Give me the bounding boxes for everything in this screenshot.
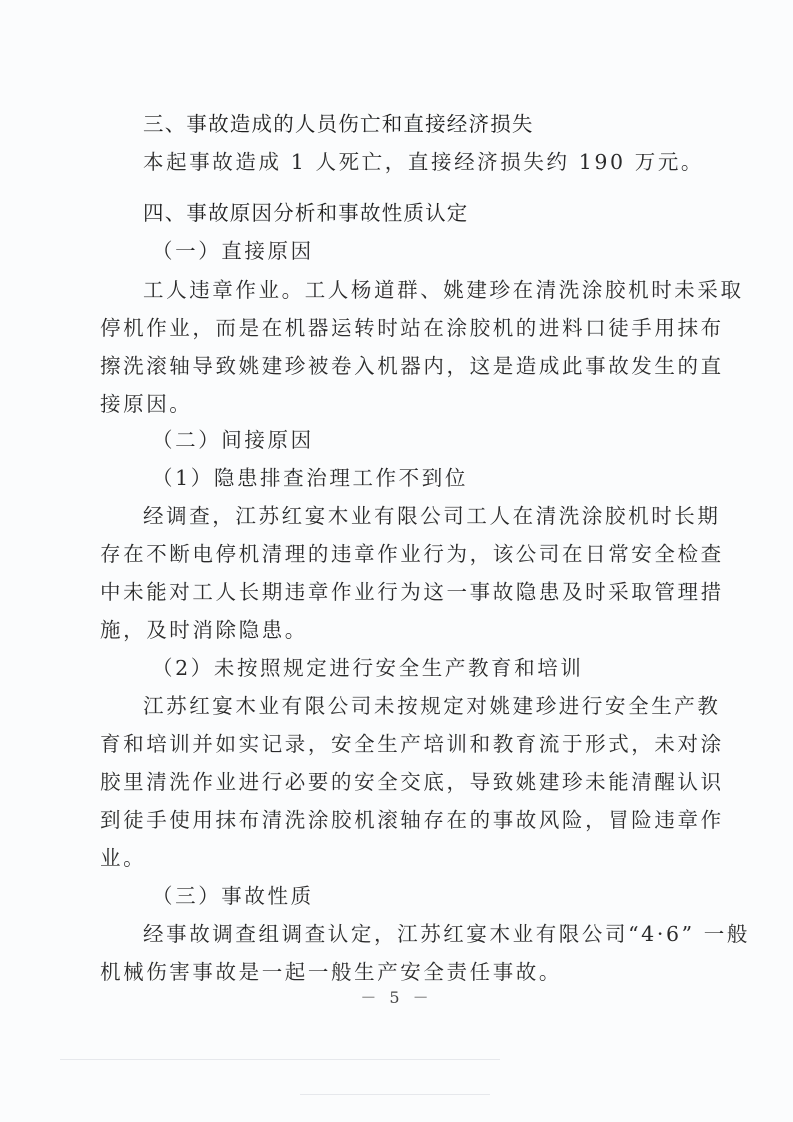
paragraph-line: 停机作业，而是在机器运转时站在涂胶机的进料口徒手用抹布 xyxy=(100,314,724,342)
paragraph-line: 本起事故造成 1 人死亡，直接经济损失约 190 万元。 xyxy=(143,148,704,176)
paragraph-line: 经事故调查组调查认定，江苏红宴木业有限公司“4·6” 一般 xyxy=(143,920,750,948)
paragraph-line: 育和培训并如实记录，安全生产培训和教育流于形式，未对涂 xyxy=(100,730,724,758)
document-page: 三、事故造成的人员伤亡和直接经济损失 本起事故造成 1 人死亡，直接经济损失约 … xyxy=(0,0,793,1122)
scan-fold-line xyxy=(300,1094,490,1095)
paragraph-line: 业。 xyxy=(100,844,146,872)
subsection-heading-direct-cause: （一）直接原因 xyxy=(152,237,314,265)
subsection-heading-accident-nature: （三）事故性质 xyxy=(152,882,314,910)
paragraph-line: 中未能对工人长期违章作业行为这一事故隐患及时采取管理措 xyxy=(100,578,724,606)
section-heading-casualties: 三、事故造成的人员伤亡和直接经济损失 xyxy=(143,110,534,138)
section-heading-cause-analysis: 四、事故原因分析和事故性质认定 xyxy=(143,199,469,227)
paragraph-line: 接原因。 xyxy=(100,390,192,418)
paragraph-line: 工人违章作业。工人杨道群、姚建珍在清洗涂胶机时未采取 xyxy=(143,276,744,304)
paragraph-line: 到徒手使用抹布清洗涂胶机滚轴存在的事故风险，冒险违章作 xyxy=(100,806,724,834)
paragraph-line: 机械伤害事故是一起一般生产安全责任事故。 xyxy=(100,958,562,986)
subsection-heading-indirect-cause: （二）间接原因 xyxy=(152,426,314,454)
paragraph-line: 擦洗滚轴导致姚建珍被卷入机器内，这是造成此事故发生的直 xyxy=(100,352,724,380)
paragraph-line: 经调查，江苏红宴木业有限公司工人在清洗涂胶机时长期 xyxy=(143,502,721,530)
paragraph-line: 江苏红宴木业有限公司未按规定对姚建珍进行安全生产教 xyxy=(143,692,721,720)
page-number: － 5 － xyxy=(0,985,793,1008)
subsection-heading-safety-training: （2）未按照规定进行安全生产教育和培训 xyxy=(152,654,583,682)
paragraph-line: 施，及时消除隐患。 xyxy=(100,616,308,644)
scan-fold-line xyxy=(60,1059,500,1060)
paragraph-line: 胶里清洗作业进行必要的安全交底，导致姚建珍未能清醒认识 xyxy=(100,768,724,796)
paragraph-line: 存在不断电停机清理的违章作业行为，该公司在日常安全检查 xyxy=(100,540,724,568)
subsection-heading-hazard-inspection: （1）隐患排查治理工作不到位 xyxy=(152,464,468,492)
